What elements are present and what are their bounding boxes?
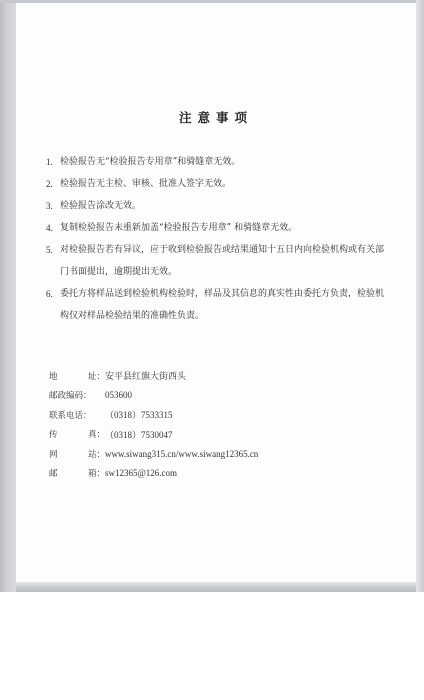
note-text: 委托方将样品送到检验机构检验时，样品及其信息的真实性由委托方负责，检验机构仅对样… (60, 283, 386, 327)
note-item-5: 5. 对检验报告若有异议，应于收到检验报告或结果通知十五日内向检验机构或有关部门… (46, 239, 386, 283)
label-char: 地 (49, 370, 58, 382)
contact-label: 邮政编码： (49, 389, 105, 401)
note-item-2: 2. 检验报告无主检、审核、批准人签字无效。 (46, 173, 386, 195)
scanned-page-background: 注意事项 1. 检验报告无“检验报告专用章”和骑缝章无效。 2. 检验报告无主检… (0, 0, 424, 592)
address-value: 安平县红旗大街西头 (105, 369, 186, 382)
note-number: 4. (46, 217, 60, 239)
note-item-6: 6. 委托方将样品送到检验机构检验时，样品及其信息的真实性由委托方负责，检验机构… (46, 283, 386, 327)
fax-value: （0318）7530047 (105, 428, 173, 441)
website-value: www.siwang315.cn/www.siwang12365.cn (105, 449, 258, 459)
label-char: 址： (88, 370, 105, 382)
contact-email: 邮 箱： sw12365@126.com (49, 464, 389, 484)
contact-info: 地 址： 安平县红旗大街西头 邮政编码： 053600 联系电话： （0318）… (49, 366, 389, 483)
note-text: 检验报告无主检、审核、批准人签字无效。 (60, 173, 386, 195)
contact-fax: 传 真： （0318）7530047 (49, 425, 389, 445)
note-text: 检验报告涂改无效。 (60, 195, 386, 217)
phone-value: （0318）7533315 (105, 408, 173, 421)
label-char: 传 (49, 428, 58, 440)
contact-label: 网 站： (49, 448, 105, 460)
note-item-4: 4. 复制检验报告未重新加盖“检验报告专用章” 和骑缝章无效。 (46, 217, 386, 239)
note-item-1: 1. 检验报告无“检验报告专用章”和骑缝章无效。 (46, 151, 386, 173)
contact-label: 邮 箱： (49, 467, 105, 479)
label-char: 网 (49, 448, 58, 460)
note-number: 5. (46, 239, 60, 283)
page-title: 注意事项 (16, 108, 416, 126)
note-text: 复制检验报告未重新加盖“检验报告专用章” 和骑缝章无效。 (60, 217, 386, 239)
label-char: 站： (88, 448, 105, 460)
note-text: 检验报告无“检验报告专用章”和骑缝章无效。 (60, 151, 386, 173)
label-char: 邮 (49, 467, 58, 479)
scan-border-right (416, 0, 424, 592)
label-char: 箱： (88, 467, 105, 479)
notes-list: 1. 检验报告无“检验报告专用章”和骑缝章无效。 2. 检验报告无主检、审核、批… (46, 151, 386, 327)
label-char: 真： (88, 428, 105, 440)
contact-address: 地 址： 安平县红旗大街西头 (49, 366, 389, 386)
scan-border-bottom (16, 582, 416, 592)
contact-label: 传 真： (49, 428, 105, 440)
postcode-value: 053600 (105, 390, 132, 400)
contact-label: 地 址： (49, 370, 105, 382)
contact-website: 网 站： www.siwang315.cn/www.siwang12365.cn (49, 444, 389, 464)
note-number: 1. (46, 151, 60, 173)
note-item-3: 3. 检验报告涂改无效。 (46, 195, 386, 217)
contact-label: 联系电话： (49, 409, 105, 421)
contact-postcode: 邮政编码： 053600 (49, 386, 389, 406)
note-number: 6. (46, 283, 60, 327)
contact-phone: 联系电话： （0318）7533315 (49, 405, 389, 425)
email-value: sw12365@126.com (105, 468, 177, 478)
note-text: 对检验报告若有异议，应于收到检验报告或结果通知十五日内向检验机构或有关部门书面提… (60, 239, 386, 283)
document-sheet: 注意事项 1. 检验报告无“检验报告专用章”和骑缝章无效。 2. 检验报告无主检… (16, 3, 416, 582)
note-number: 3. (46, 195, 60, 217)
note-number: 2. (46, 173, 60, 195)
